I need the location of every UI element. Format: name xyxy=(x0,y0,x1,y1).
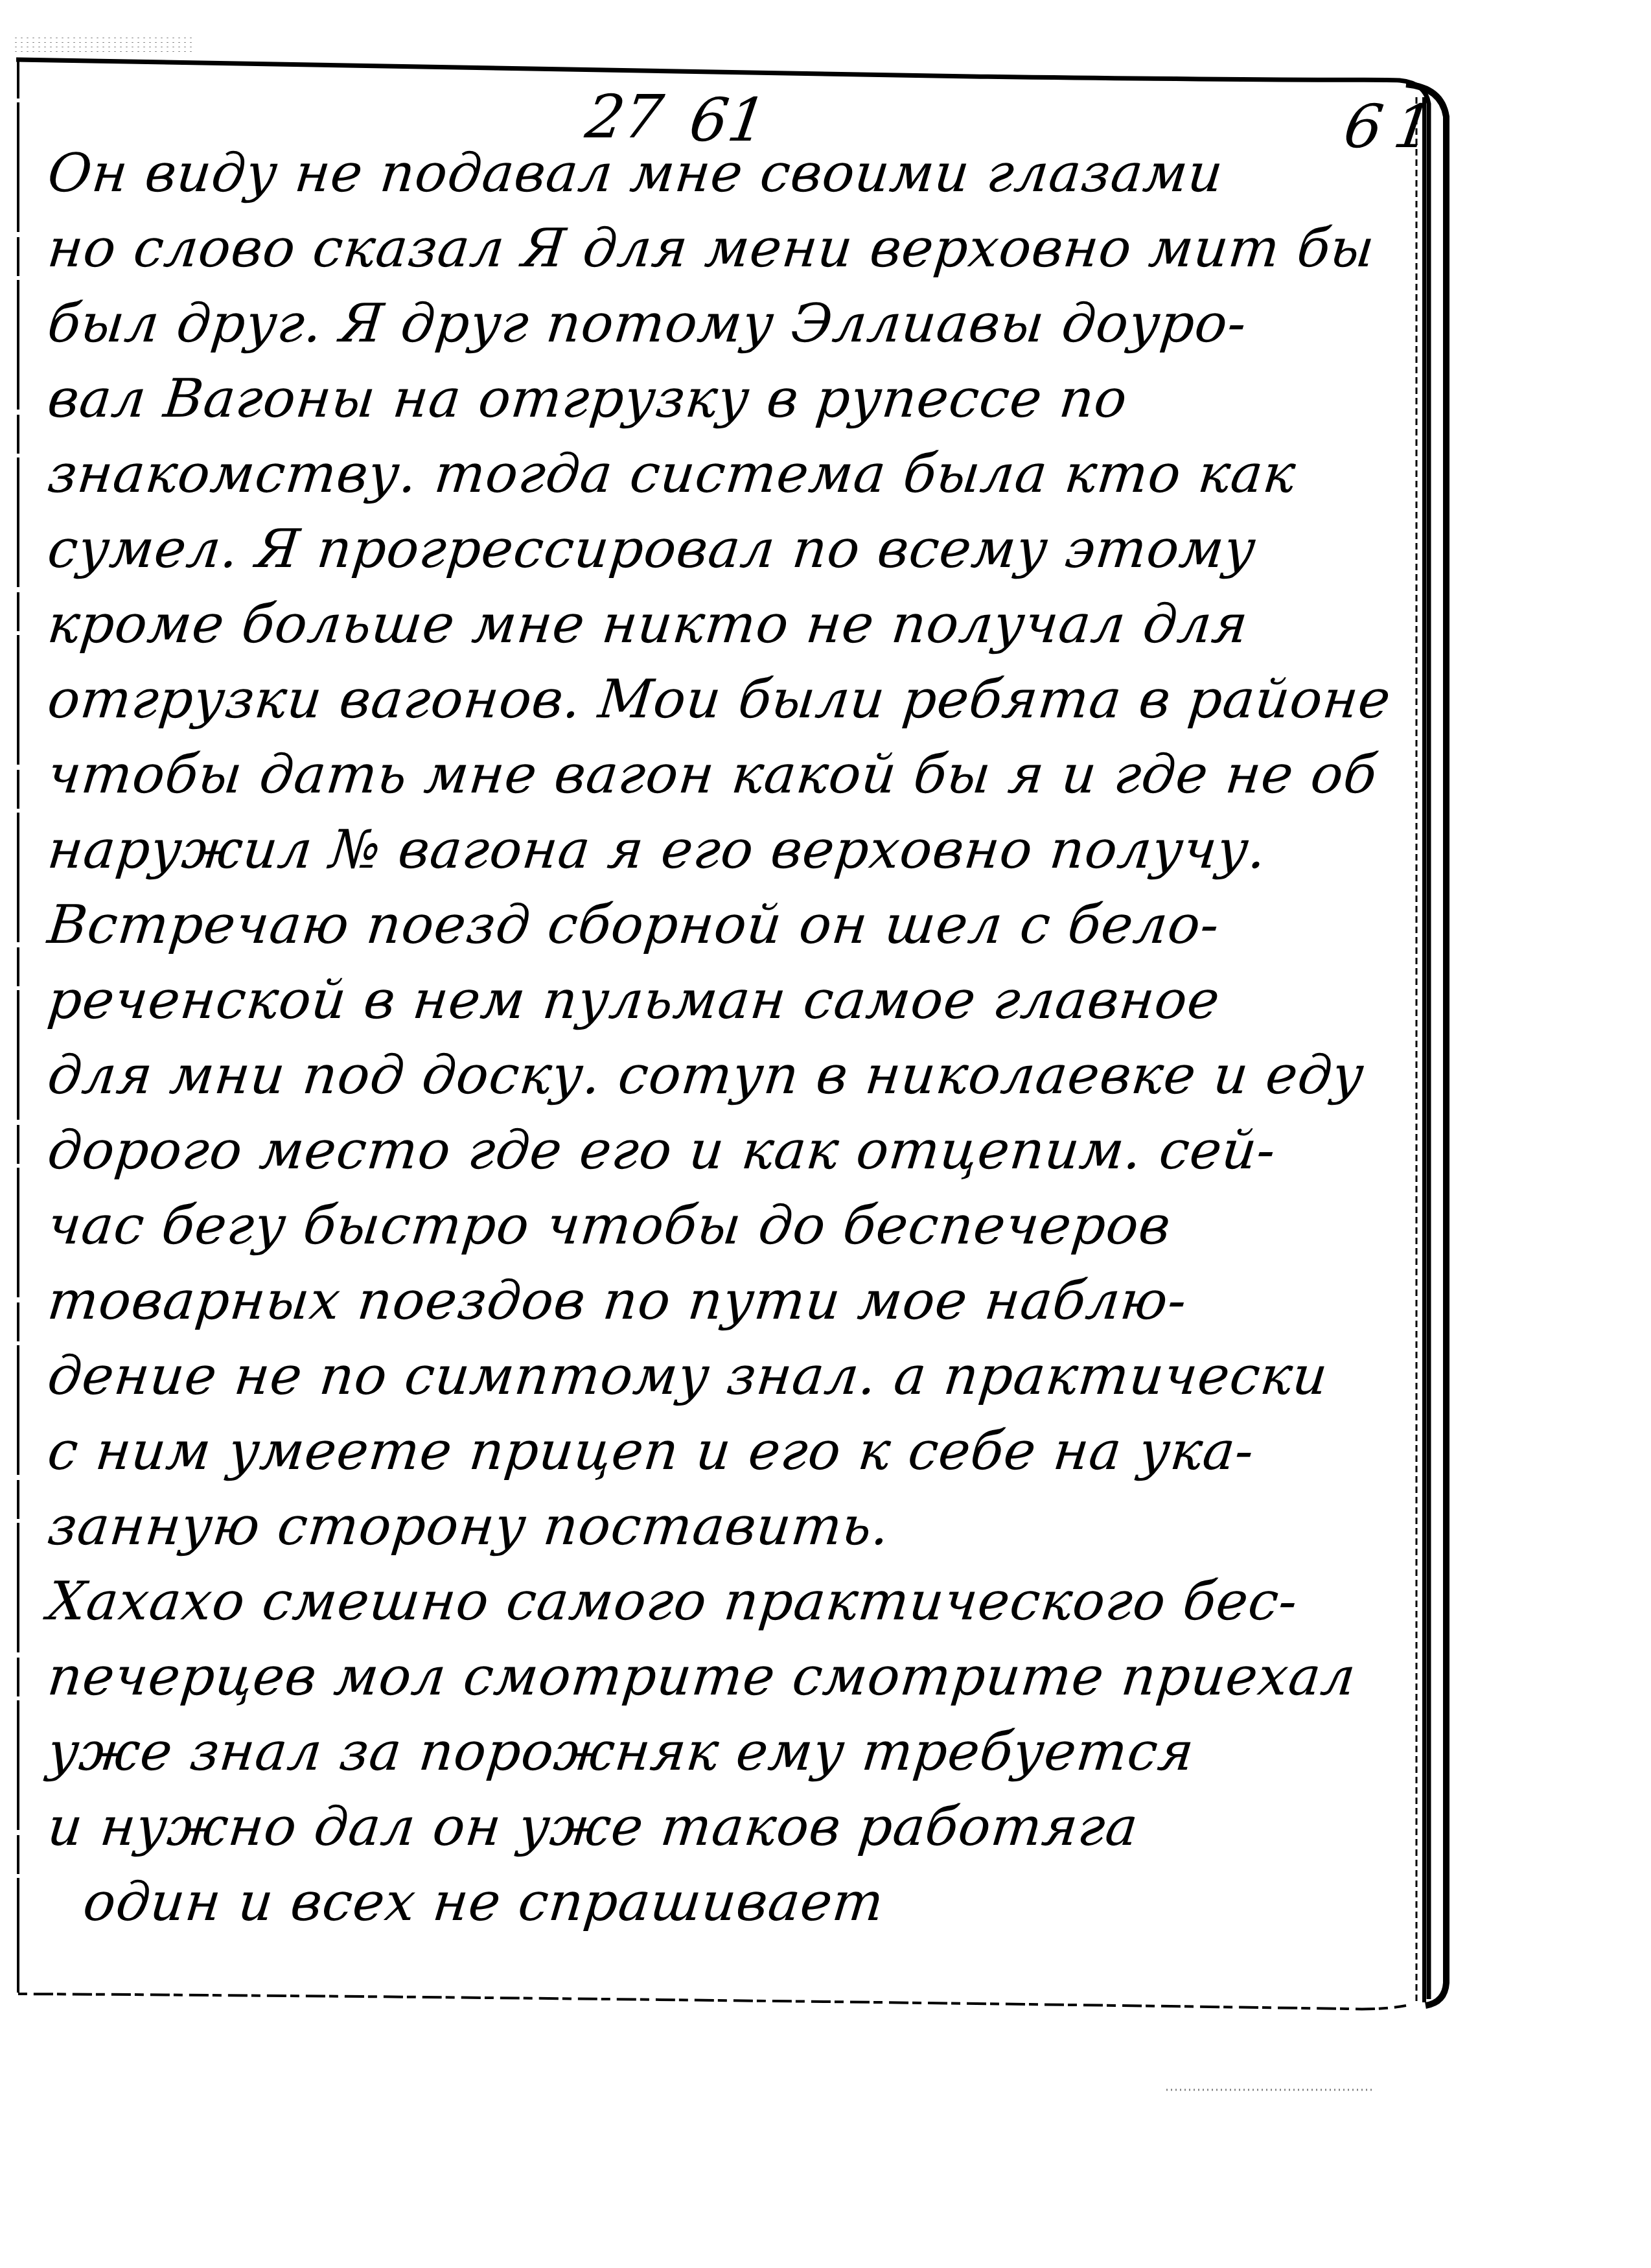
text-line: кроме больше мне никто не получал для xyxy=(44,587,1419,662)
text-line: дение не по симптому знал. а практически xyxy=(44,1339,1419,1414)
text-line: сумел. Я прогрессировал по всему этому xyxy=(44,512,1419,587)
text-line: дорого место где его и как отцепим. сей- xyxy=(44,1113,1419,1188)
text-line: один и всех не спрашивает xyxy=(44,1865,1419,1940)
text-line: наружил № вагона я его верховно получу. xyxy=(44,813,1419,888)
text-line: час бегу быстро чтобы до беспечеров xyxy=(44,1188,1419,1264)
text-line: и нужно дал он уже таков работяга xyxy=(44,1790,1419,1865)
text-line: уже знал за порожняк ему требуется xyxy=(44,1715,1419,1790)
handwritten-text-body: Он виду не подавал мне своими глазами но… xyxy=(44,136,1411,1940)
text-line: знакомству. тогда система была кто как xyxy=(44,437,1419,512)
text-line: отгрузки вагонов. Мои были ребята в райо… xyxy=(44,662,1419,737)
text-line: для мни под доску. сотуп в николаевке и … xyxy=(44,1038,1419,1113)
text-line: занную сторону поставить. xyxy=(44,1489,1419,1564)
text-line: но слово сказал Я для мени верховно мит … xyxy=(44,211,1419,286)
page-bottom-border xyxy=(18,1994,1406,2009)
text-line: Встречаю поезд сборной он шел с бело- xyxy=(44,888,1419,963)
text-line: был друг. Я друг потому Эллиавы доуро- xyxy=(44,286,1419,362)
text-line: чтобы дать мне вагон какой бы я и где не… xyxy=(44,737,1419,813)
text-line: товарных поездов по пути мое наблю- xyxy=(44,1264,1419,1339)
text-line: Хахахо смешно самого практического бес- xyxy=(44,1564,1419,1639)
text-line: вал Вагоны на отгрузку в рупессе по xyxy=(44,362,1419,437)
text-line: печерцев мол смотрите смотрите приехал xyxy=(44,1639,1419,1715)
text-line: с ним умеете прицеп и его к себе на ука- xyxy=(44,1414,1419,1489)
text-line: Он виду не подавал мне своими глазами xyxy=(44,136,1419,211)
text-line: реченской в нем пульман самое главное xyxy=(44,963,1419,1038)
